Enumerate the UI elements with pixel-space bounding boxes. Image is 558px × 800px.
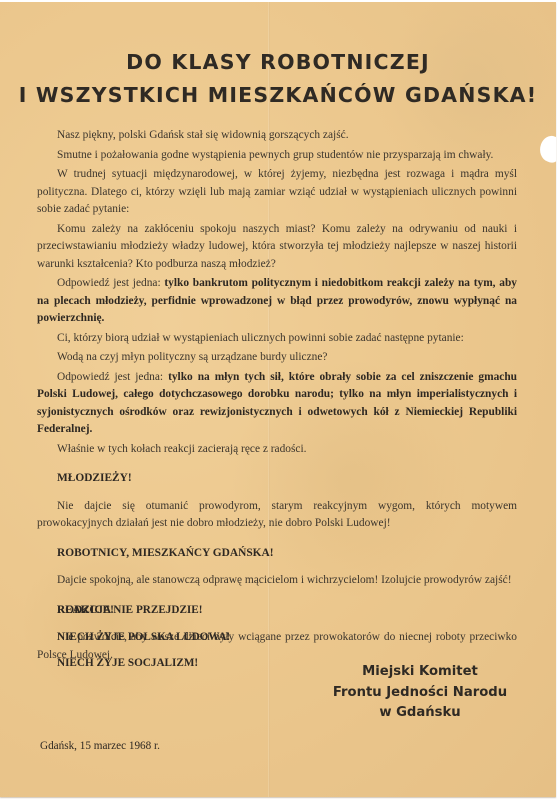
signature-line-2: Frontu Jedności Narodu (328, 683, 512, 704)
paragraph-5-lead: Odpowiedź jest jedna: (57, 277, 164, 289)
document-date: Gdańsk, 15 marzec 1968 r. (40, 740, 160, 752)
paragraph-3: W trudnej sytuacji międzynarodowej, w kt… (37, 166, 517, 219)
section-text-workers: Dajcie spokojną, ale stanowczą odprawę m… (37, 572, 517, 590)
paragraph-1: Nasz piękny, polski Gdańsk stał się wido… (37, 127, 517, 145)
paragraph-4: Komu zależy na zakłóceniu spokoju naszyc… (37, 221, 517, 274)
paragraph-5: Odpowiedź jest jedna: tylko bankrutom po… (37, 275, 517, 328)
leaflet-body: Nasz piękny, polski Gdańsk stał się wido… (37, 127, 517, 666)
slogan-2: NIECH ŻYJE POLSKA LUDOWA! (57, 624, 230, 651)
paragraph-7: Wodą na czyj młyn polityczny są urządzan… (37, 349, 517, 367)
paragraph-8: Odpowiedź jest jedna: tylko na młyn tych… (37, 369, 517, 439)
signature-block: Miejski Komitet Frontu Jedności Narodu w… (328, 662, 512, 724)
section-heading-youth: MŁODZIEŻY! (37, 470, 517, 488)
leaflet-paper: DO KLASY ROBOTNICZEJ I WSZYSTKICH MIESZK… (0, 2, 556, 797)
leaflet-title: DO KLASY ROBOTNICZEJ I WSZYSTKICH MIESZK… (0, 46, 556, 112)
signature-line-1: Miejski Komitet (328, 662, 512, 683)
slogan-1: REAKCJA NIE PRZEJDZIE! (57, 597, 230, 624)
signature-line-3: w Gdańsku (328, 703, 512, 724)
slogan-3: NIECH ŻYJE SOCJALIZM! (57, 650, 230, 677)
title-line-1: DO KLASY ROBOTNICZEJ (0, 46, 556, 79)
paragraph-8-lead: Odpowiedź jest jedna: (57, 371, 168, 383)
paragraph-2: Smutne i pożałowania godne wystąpienia p… (37, 147, 517, 165)
paper-tear (536, 133, 556, 165)
section-heading-workers: ROBOTNICY, MIESZKAŃCY GDAŃSKA! (37, 545, 517, 563)
title-line-2: I WSZYSTKICH MIESZKAŃCÓW GDAŃSKA! (0, 79, 556, 112)
section-text-youth: Nie dajcie się otumanić prowodyrom, star… (37, 498, 517, 533)
paragraph-9: Właśnie w tych kołach reakcji zacierają … (37, 441, 517, 459)
paragraph-6: Ci, którzy biorą udział w wystąpieniach … (37, 330, 517, 348)
slogans: REAKCJA NIE PRZEJDZIE! NIECH ŻYJE POLSKA… (57, 597, 230, 677)
